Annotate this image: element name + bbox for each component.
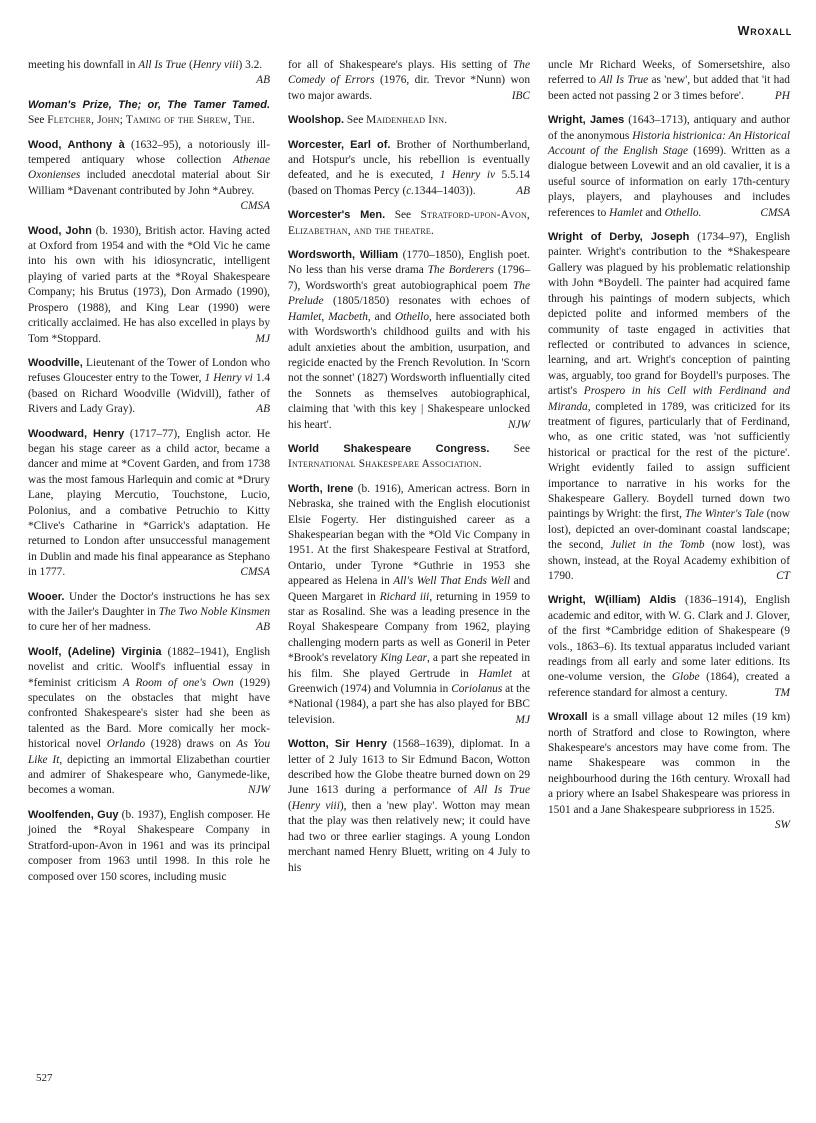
entry-text: See	[385, 209, 420, 221]
cross-reference: International Shakespeare Association.	[288, 458, 482, 470]
entry-headword: Woolshop.	[288, 114, 344, 126]
entry-headword: Woodward, Henry	[28, 428, 124, 440]
entry-worth-irene: Worth, Irene (b. 1916), American actress…	[288, 482, 530, 729]
entry-text: to cure her of her madness.	[28, 621, 151, 633]
italic-title: Hamlet	[609, 207, 642, 219]
entry-wood-anthony: Wood, Anthony à (1632–95), a notoriously…	[28, 138, 270, 215]
entry-headword: Woolf, (Adeline) Virginia	[28, 646, 161, 658]
entry-cont-wotton: uncle Mr Richard Weeks, of Somersetshire…	[548, 58, 790, 104]
italic-title: The Two Noble Kinsmen	[159, 606, 270, 618]
entry-text: (1805/1850) resonates with echoes of	[324, 295, 531, 307]
entry-headword: Wotton, Sir Henry	[288, 738, 387, 750]
contributor-initials: AB	[256, 73, 270, 88]
entry-text: 1344–1403)).	[414, 185, 475, 197]
entry-text: , completed in 1789, was criticized for …	[548, 401, 790, 521]
contributor-initials: SW	[775, 818, 790, 833]
entry-worcester-earl: Worcester, Earl of. Brother of Northumbe…	[288, 138, 530, 200]
entry-headword: Worcester, Earl of.	[288, 139, 390, 151]
entry-text: , and	[368, 311, 395, 323]
italic-title: Macbeth	[328, 311, 368, 323]
text-columns: meeting his downfall in All Is True (Hen…	[28, 58, 790, 894]
entry-headword: Wooer.	[28, 591, 64, 603]
entry-text: is a small village about 12 miles (19 km…	[548, 711, 790, 815]
contributor-initials: TM	[774, 686, 790, 701]
contributor-initials: NJW	[508, 418, 530, 433]
contributor-initials: CMSA	[240, 565, 270, 580]
running-head: Wroxall	[738, 24, 792, 38]
entry-text: See	[489, 443, 530, 455]
entry-text: ) 3.2.	[239, 59, 263, 71]
italic-title: All Is True	[474, 784, 530, 796]
contributor-initials: CT	[776, 569, 790, 584]
entry-text: See	[344, 114, 366, 126]
cross-reference: Maidenhead Inn.	[366, 114, 447, 126]
column-2: for all of Shakespeare's plays. His sett…	[288, 58, 530, 894]
italic-title: The Winter's Tale	[685, 508, 764, 520]
column-1: meeting his downfall in All Is True (Hen…	[28, 58, 270, 894]
italic-title: Richard iii	[380, 591, 430, 603]
contributor-initials: AB	[256, 402, 270, 417]
entry-world-congress: World Shakespeare Congress. See Internat…	[288, 442, 530, 473]
entry-text: (1734–97), English painter. Wright's con…	[548, 231, 790, 397]
entry-text: for all of Shakespeare's plays. His sett…	[288, 59, 513, 71]
entry-headword: Wright, James	[548, 114, 624, 126]
entry-cont-woolfenden: for all of Shakespeare's plays. His sett…	[288, 58, 530, 104]
italic-title: c.	[406, 185, 414, 197]
italic-title: All Is True	[599, 74, 648, 86]
entry-headword: Wright, W(illiam) Aldis	[548, 594, 676, 606]
italic-title: Othello	[395, 311, 429, 323]
contributor-initials: NJW	[248, 783, 270, 798]
entry-text: (b. 1916), American actress. Born in Neb…	[288, 483, 530, 587]
contributor-initials: PH	[775, 89, 790, 104]
italic-title: Orlando	[107, 738, 145, 750]
entry-womans-prize: Woman's Prize, The; or, The Tamer Tamed.…	[28, 98, 270, 129]
entry-text: (1928) draws on	[145, 738, 236, 750]
entry-woolf-virginia: Woolf, (Adeline) Virginia (1882–1941), E…	[28, 645, 270, 799]
contributor-initials: MJ	[516, 713, 530, 728]
entry-headword: World Shakespeare Congress.	[288, 443, 489, 455]
italic-title: 1 Henry vi	[204, 372, 252, 384]
entry-headword: Worcester's Men.	[288, 209, 385, 221]
entry-text: and	[643, 207, 665, 219]
entry-headword: Wood, Anthony à	[28, 139, 125, 151]
entry-wright-of-derby: Wright of Derby, Joseph (1734–97), Engli…	[548, 230, 790, 584]
entry-headword: Wordsworth, William	[288, 249, 398, 261]
italic-title: Henry viii	[193, 59, 239, 71]
contributor-initials: AB	[256, 620, 270, 635]
entry-headword: Worth, Irene	[288, 483, 353, 495]
entry-headword: Wright of Derby, Joseph	[548, 231, 689, 243]
entry-worcesters-men: Worcester's Men. See Stratford-upon-Avon…	[288, 208, 530, 239]
entry-headword: Woolfenden, Guy	[28, 809, 119, 821]
italic-title: Hamlet	[479, 668, 512, 680]
italic-title: Henry viii	[292, 800, 340, 812]
italic-title: 1 Henry iv	[440, 169, 495, 181]
entry-wood-john: Wood, John (b. 1930), British actor. Hav…	[28, 224, 270, 347]
entry-wotton-henry: Wotton, Sir Henry (1568–1639), diplomat.…	[288, 737, 530, 876]
contributor-initials: AB	[516, 184, 530, 199]
entry-wroxall: Wroxall is a small village about 12 mile…	[548, 710, 790, 833]
entry-wright-william-aldis: Wright, W(illiam) Aldis (1836–1914), Eng…	[548, 593, 790, 701]
contributor-initials: MJ	[256, 332, 270, 347]
entry-text: (b. 1930), British actor. Having acted a…	[28, 225, 270, 345]
italic-title: Othello.	[665, 207, 702, 219]
entry-woolfenden-guy: Woolfenden, Guy (b. 1937), English compo…	[28, 808, 270, 885]
entry-wooer: Wooer. Under the Doctor's instructions h…	[28, 590, 270, 636]
contributor-initials: IBC	[512, 89, 530, 104]
entry-headword: Wroxall	[548, 711, 588, 723]
contributor-initials: CMSA	[760, 206, 790, 221]
italic-title: Juliet in the Tomb	[610, 539, 704, 551]
column-3: uncle Mr Richard Weeks, of Somersetshire…	[548, 58, 790, 894]
cross-reference: Fletcher, John; Taming of the Shrew, The…	[47, 114, 255, 126]
italic-title: A Room of one's Own	[123, 677, 234, 689]
entry-text: (1717–77), English actor. He began his s…	[28, 428, 270, 579]
entry-text: See	[28, 114, 47, 126]
italic-title: All's Well That Ends Well	[393, 575, 510, 587]
entry-cont-henry: meeting his downfall in All Is True (Hen…	[28, 58, 270, 89]
entry-woodville: Woodville, Lieutenant of the Tower of Lo…	[28, 356, 270, 418]
contributor-initials: CMSA	[240, 199, 270, 214]
entry-headword: Woodville,	[28, 357, 83, 369]
entry-headword: Woman's Prize, The; or, The Tamer Tamed.	[28, 99, 270, 111]
entry-text: (	[186, 59, 193, 71]
page-number: 527	[36, 1072, 53, 1084]
entry-wright-james: Wright, James (1643–1713), antiquary and…	[548, 113, 790, 221]
italic-title: All Is True	[138, 59, 186, 71]
italic-title: Hamlet	[288, 311, 321, 323]
italic-title: Coriolanus	[451, 683, 502, 695]
entry-wordsworth-william: Wordsworth, William (1770–1850), English…	[288, 248, 530, 433]
italic-title: King Lear	[381, 652, 428, 664]
entry-woodward-henry: Woodward, Henry (1717–77), English actor…	[28, 427, 270, 581]
italic-title: The Borderers	[428, 264, 494, 276]
entry-woolshop: Woolshop. See Maidenhead Inn.	[288, 113, 530, 128]
entry-headword: Wood, John	[28, 225, 92, 237]
entry-text: , here associated both with Wordsworth's…	[288, 311, 530, 431]
entry-text: , depicting an immortal Elizabethan cour…	[28, 754, 270, 797]
italic-title: Globe	[672, 671, 700, 683]
